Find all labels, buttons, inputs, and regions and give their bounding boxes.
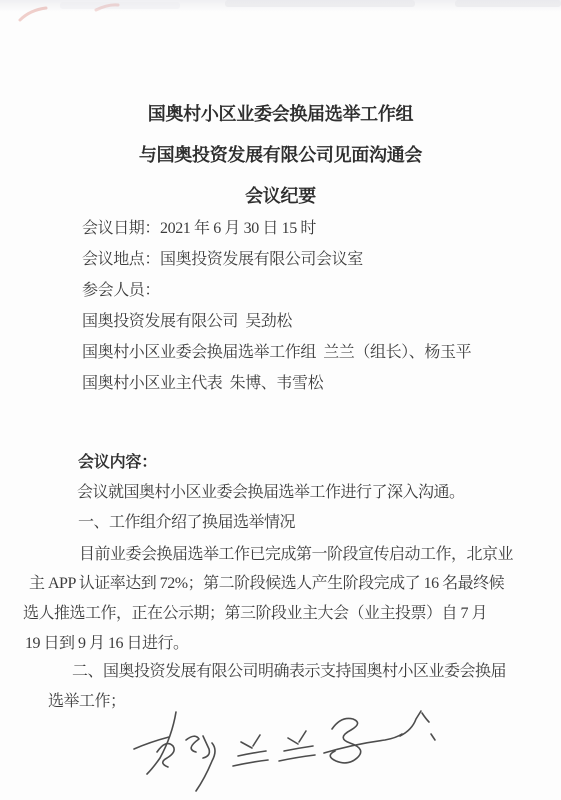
photo-edge-segment — [225, 0, 415, 7]
content-line: 目前业委会换届选举工作已完成第一阶段宣传启动工作，北京业 — [79, 540, 513, 570]
title-line-1: 国奥村小区业委会换届选举工作组 — [0, 94, 561, 135]
content-line: 会议就国奥村小区业委会换届选举工作进行了深入沟通。 — [77, 478, 465, 508]
content-line: 选人推选工作，正在公示期；第三阶段业主大会（业主投票）自 7 月 — [23, 599, 487, 629]
photo-edge-segment — [455, 0, 561, 7]
signature-lan-lan — [233, 731, 315, 766]
content-line: 二、国奥投资发展有限公司明确表示支持国奥村小区业委会换届 — [72, 657, 506, 687]
meeting-date-line: 会议日期：2021 年 6 月 30 日 15 时 — [82, 213, 471, 244]
signature-wu-jinsong — [324, 711, 435, 763]
content-line: 主 APP 认证率达到 72%；第二阶段候选人产生阶段完成了 16 名最终候 — [29, 569, 504, 599]
participant-line-owners: 国奥村小区业主代表 朱博、韦雪松 — [82, 368, 471, 399]
handwritten-signatures — [100, 700, 460, 800]
content-line: 19 日到 9 月 16 日进行。 — [25, 629, 189, 659]
participants-label-line: 参会人员： — [82, 275, 471, 306]
meeting-location-line: 会议地点：国奥投资发展有限公司会议室 — [82, 244, 471, 275]
photo-edge-segment — [60, 2, 180, 9]
title-line-2: 与国奥投资发展有限公司见面沟通会 — [0, 135, 561, 176]
meeting-meta: 会议日期：2021 年 6 月 30 日 15 时 会议地点：国奥投资发展有限公… — [82, 213, 471, 399]
title-line-3: 会议纪要 — [0, 176, 561, 217]
participant-line-company: 国奥投资发展有限公司 吴劲松 — [82, 306, 471, 337]
scanned-meeting-minutes-page: 国奥村小区业委会换届选举工作组 与国奥投资发展有限公司见面沟通会 会议纪要 会议… — [0, 0, 561, 800]
participant-line-workgroup: 国奥村小区业委会换届选举工作组 兰兰（组长）、杨玉平 — [82, 337, 471, 368]
content-line: 一、工作组介绍了换届选举情况 — [78, 508, 295, 538]
document-title: 国奥村小区业委会换届选举工作组 与国奥投资发展有限公司见面沟通会 会议纪要 — [0, 94, 561, 217]
content-heading: 会议内容： — [78, 448, 157, 478]
signature-yang-yuping — [134, 712, 215, 791]
